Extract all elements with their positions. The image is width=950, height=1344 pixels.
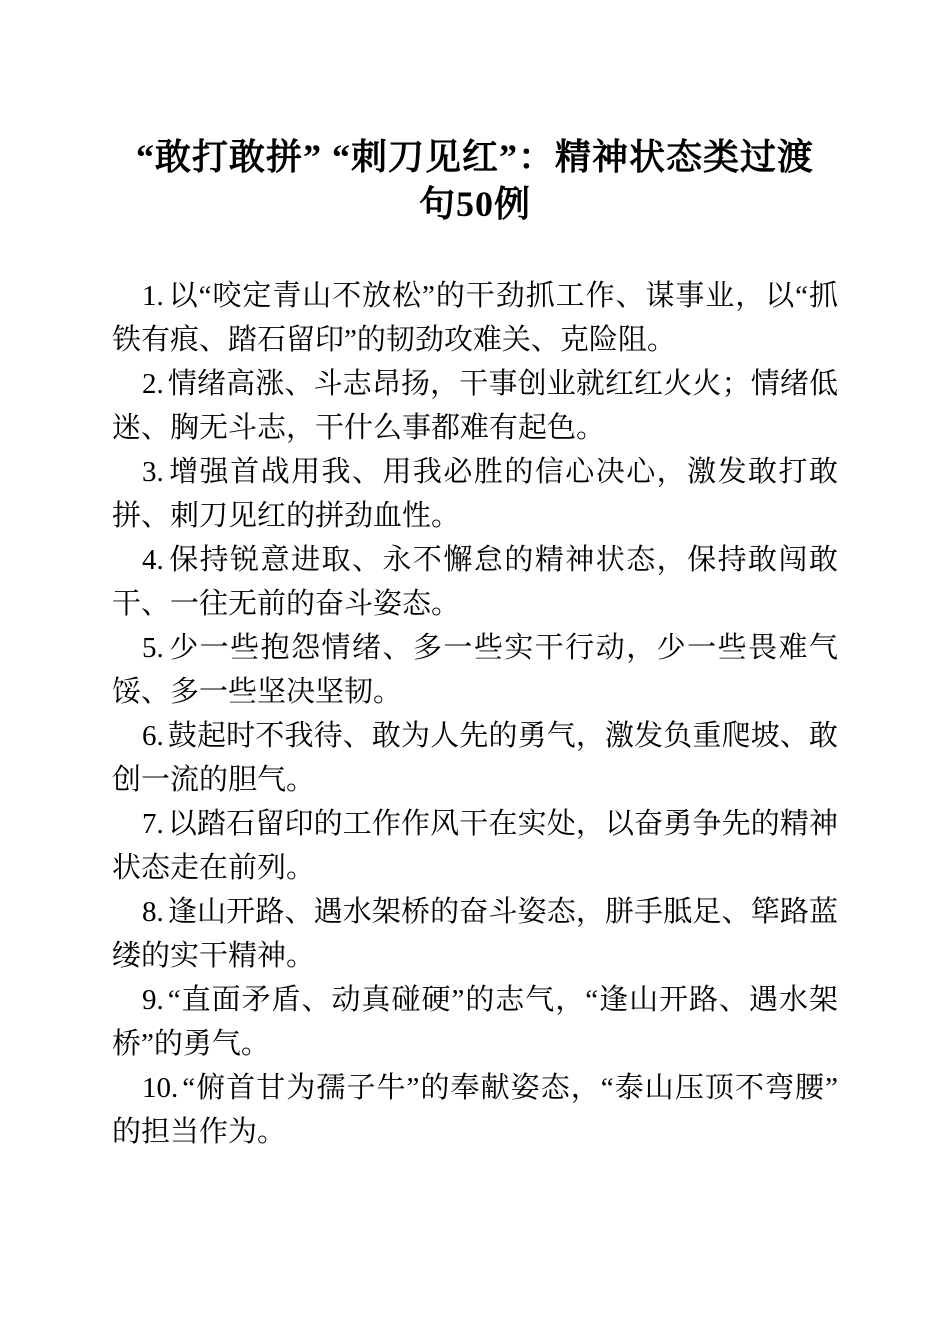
paragraph-7: 7.以踏石留印的工作作风干在实处，以奋勇争先的精神状态走在前列。 [112, 802, 838, 890]
document-title: “敢打敢拼” “刺刀见红”：精神状态类过渡 句50例 [112, 134, 838, 228]
paragraph-6-text: 鼓起时不我待、敢为人先的勇气，激发负重爬坡、敢创一流的胆气。 [112, 720, 838, 796]
paragraph-3-text: 增强首战用我、用我必胜的信心决心，激发敢打敢拼、刺刀见红的拼劲血性。 [112, 456, 838, 532]
paragraph-10: 10.“俯首甘为孺子牛”的奉献姿态，“泰山压顶不弯腰”的担当作为。 [112, 1066, 838, 1154]
paragraph-3-number: 3. [142, 456, 168, 488]
paragraph-6-number: 6. [142, 720, 168, 752]
paragraph-1: 1.以“咬定青山不放松”的干劲抓工作、谋事业，以“抓铁有痕、踏石留印”的韧劲攻难… [112, 274, 838, 362]
paragraph-8: 8.逢山开路、遇水架桥的奋斗姿态，胼手胝足、筚路蓝缕的实干精神。 [112, 890, 838, 978]
title-line-2: 句50例 [112, 181, 838, 228]
paragraph-8-text: 逢山开路、遇水架桥的奋斗姿态，胼手胝足、筚路蓝缕的实干精神。 [112, 896, 838, 972]
paragraph-8-number: 8. [142, 896, 168, 928]
paragraph-9-number: 9. [142, 984, 168, 1016]
paragraph-2-text: 情绪高涨、斗志昂扬，干事创业就红红火火；情绪低迷、胸无斗志，干什么事都难有起色。 [112, 368, 838, 444]
paragraph-3: 3.增强首战用我、用我必胜的信心决心，激发敢打敢拼、刺刀见红的拼劲血性。 [112, 450, 838, 538]
paragraph-7-number: 7. [142, 808, 168, 840]
paragraph-1-number: 1. [142, 280, 168, 312]
paragraph-5-number: 5. [142, 632, 168, 664]
paragraph-5: 5.少一些抱怨情绪、多一些实干行动，少一些畏难气馁、多一些坚决坚韧。 [112, 626, 838, 714]
paragraph-4-number: 4. [142, 544, 168, 576]
paragraph-2-number: 2. [142, 368, 168, 400]
paragraph-9-text: “直面矛盾、动真碰硬”的志气，“逢山开路、遇水架桥”的勇气。 [112, 984, 838, 1060]
paragraph-6: 6.鼓起时不我待、敢为人先的勇气，激发负重爬坡、敢创一流的胆气。 [112, 714, 838, 802]
paragraph-10-number: 10. [142, 1072, 182, 1104]
document-body: 1.以“咬定青山不放松”的干劲抓工作、谋事业，以“抓铁有痕、踏石留印”的韧劲攻难… [112, 274, 838, 1154]
paragraph-4-text: 保持锐意进取、永不懈怠的精神状态，保持敢闯敢干、一往无前的奋斗姿态。 [112, 544, 838, 620]
title-line-1: “敢打敢拼” “刺刀见红”：精神状态类过渡 [112, 134, 838, 181]
paragraph-9: 9.“直面矛盾、动真碰硬”的志气，“逢山开路、遇水架桥”的勇气。 [112, 978, 838, 1066]
paragraph-1-text: 以“咬定青山不放松”的干劲抓工作、谋事业，以“抓铁有痕、踏石留印”的韧劲攻难关、… [112, 280, 838, 356]
document-page: “敢打敢拼” “刺刀见红”：精神状态类过渡 句50例 1.以“咬定青山不放松”的… [0, 0, 950, 1344]
paragraph-4: 4.保持锐意进取、永不懈怠的精神状态，保持敢闯敢干、一往无前的奋斗姿态。 [112, 538, 838, 626]
paragraph-5-text: 少一些抱怨情绪、多一些实干行动，少一些畏难气馁、多一些坚决坚韧。 [112, 632, 838, 708]
paragraph-7-text: 以踏石留印的工作作风干在实处，以奋勇争先的精神状态走在前列。 [112, 808, 838, 884]
paragraph-10-text: “俯首甘为孺子牛”的奉献姿态，“泰山压顶不弯腰”的担当作为。 [112, 1072, 838, 1148]
paragraph-2: 2.情绪高涨、斗志昂扬，干事创业就红红火火；情绪低迷、胸无斗志，干什么事都难有起… [112, 362, 838, 450]
